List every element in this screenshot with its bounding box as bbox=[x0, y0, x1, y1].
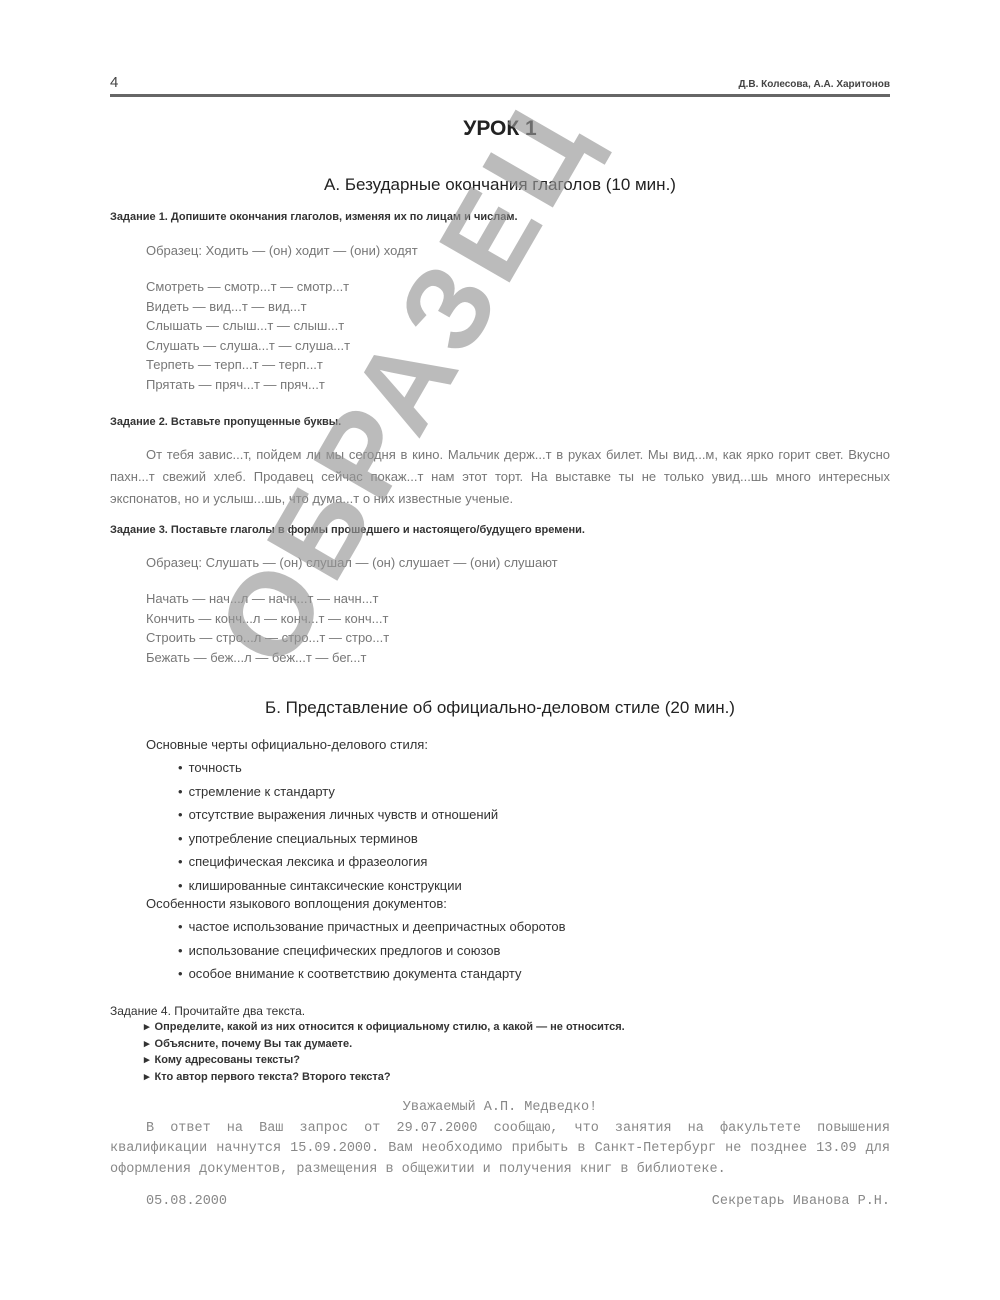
question-item: Кому адресованы тексты? bbox=[144, 1052, 625, 1069]
letter-footer: 05.08.2000 Секретарь Иванова Р.Н. bbox=[110, 1192, 890, 1213]
header-rule bbox=[110, 94, 890, 97]
document-page: 4 Д.В. Колесова, А.А. Харитонов УРОК 1 А… bbox=[0, 0, 1000, 1300]
section-a-title: А. Безударные окончания глаголов (10 мин… bbox=[0, 175, 1000, 195]
list-item: точность bbox=[178, 756, 498, 780]
letter-signature: Секретарь Иванова Р.Н. bbox=[712, 1192, 890, 1213]
exercise-line: Слушать — слуша...т — слуша...т bbox=[146, 336, 350, 356]
language-features-list: частое использование причастных и деепри… bbox=[178, 915, 566, 986]
exercise-line: Видеть — вид...т — вид...т bbox=[146, 297, 350, 317]
letter-body: В ответ на Ваш запрос от 29.07.2000 сооб… bbox=[110, 1119, 890, 1181]
letter-date: 05.08.2000 bbox=[146, 1192, 227, 1213]
task-2-label: Задание 2. Вставьте пропущенные буквы. bbox=[110, 416, 341, 428]
list-item: специфическая лексика и фразеология bbox=[178, 850, 498, 874]
question-item: Определите, какой из них относится к офи… bbox=[144, 1019, 625, 1036]
list-item: употребление специальных терминов bbox=[178, 827, 498, 851]
list-item: клишированные синтаксические конструкции bbox=[178, 874, 498, 898]
exercise-line: Прятать — пряч...т — пряч...т bbox=[146, 375, 350, 395]
task-3-label: Задание 3. Поставьте глаголы в формы про… bbox=[110, 524, 585, 536]
exercise-line: Смотреть — смотр...т — смотр...т bbox=[146, 277, 350, 297]
page-number: 4 bbox=[110, 74, 118, 91]
exercise-line: Кончить — конч...л — конч...т — конч...т bbox=[146, 609, 389, 629]
exercise-line: Бежать — беж...л — беж...т — бег...т bbox=[146, 648, 389, 668]
task-2-text: От тебя завис...т, пойдем ли мы сегодня … bbox=[110, 444, 890, 510]
authors: Д.В. Колесова, А.А. Харитонов bbox=[738, 79, 890, 90]
list-item: особое внимание к соответствию документа… bbox=[178, 962, 566, 986]
exercise-line: Начать — нач...л — начн...т — начн...т bbox=[146, 589, 389, 609]
letter-greeting: Уважаемый А.П. Медведко! bbox=[110, 1098, 890, 1119]
features-heading: Основные черты официально-делового стиля… bbox=[146, 737, 428, 752]
exercise-line: Строить — стро...л — стро...т — стро...т bbox=[146, 628, 389, 648]
exercise-line: Терпеть — терп...т — терп...т bbox=[146, 355, 350, 375]
features-list: точность стремление к стандарту отсутств… bbox=[178, 756, 498, 897]
task-1-label: Задание 1. Допишите окончания глаголов, … bbox=[110, 211, 518, 223]
page-header: 4 Д.В. Колесова, А.А. Харитонов bbox=[110, 74, 890, 96]
sample-letter: Уважаемый А.П. Медведко! В ответ на Ваш … bbox=[110, 1098, 890, 1213]
list-item: стремление к стандарту bbox=[178, 780, 498, 804]
list-item: использование специфических предлогов и … bbox=[178, 939, 566, 963]
list-item: частое использование причастных и деепри… bbox=[178, 915, 566, 939]
task-4-questions: Определите, какой из них относится к офи… bbox=[144, 1019, 625, 1085]
question-item: Кто автор первого текста? Второго текста… bbox=[144, 1069, 625, 1086]
task-4-label: Задание 4. Прочитайте два текста. bbox=[110, 1004, 305, 1018]
language-features-heading: Особенности языкового воплощения докумен… bbox=[146, 896, 447, 911]
lesson-title: УРОК 1 bbox=[0, 117, 1000, 141]
task-1-sample: Образец: Ходить — (он) ходит — (они) ход… bbox=[146, 243, 418, 258]
exercise-line: Слышать — слыш...т — слыш...т bbox=[146, 316, 350, 336]
task-3-sample: Образец: Слушать — (он) слушал — (он) сл… bbox=[146, 555, 558, 570]
section-b-title: Б. Представление об официально-деловом с… bbox=[0, 698, 1000, 718]
list-item: отсутствие выражения личных чувств и отн… bbox=[178, 803, 498, 827]
task-3-lines: Начать — нач...л — начн...т — начн...т К… bbox=[146, 589, 389, 667]
question-item: Объясните, почему Вы так думаете. bbox=[144, 1036, 625, 1053]
task-1-lines: Смотреть — смотр...т — смотр...т Видеть … bbox=[146, 277, 350, 394]
